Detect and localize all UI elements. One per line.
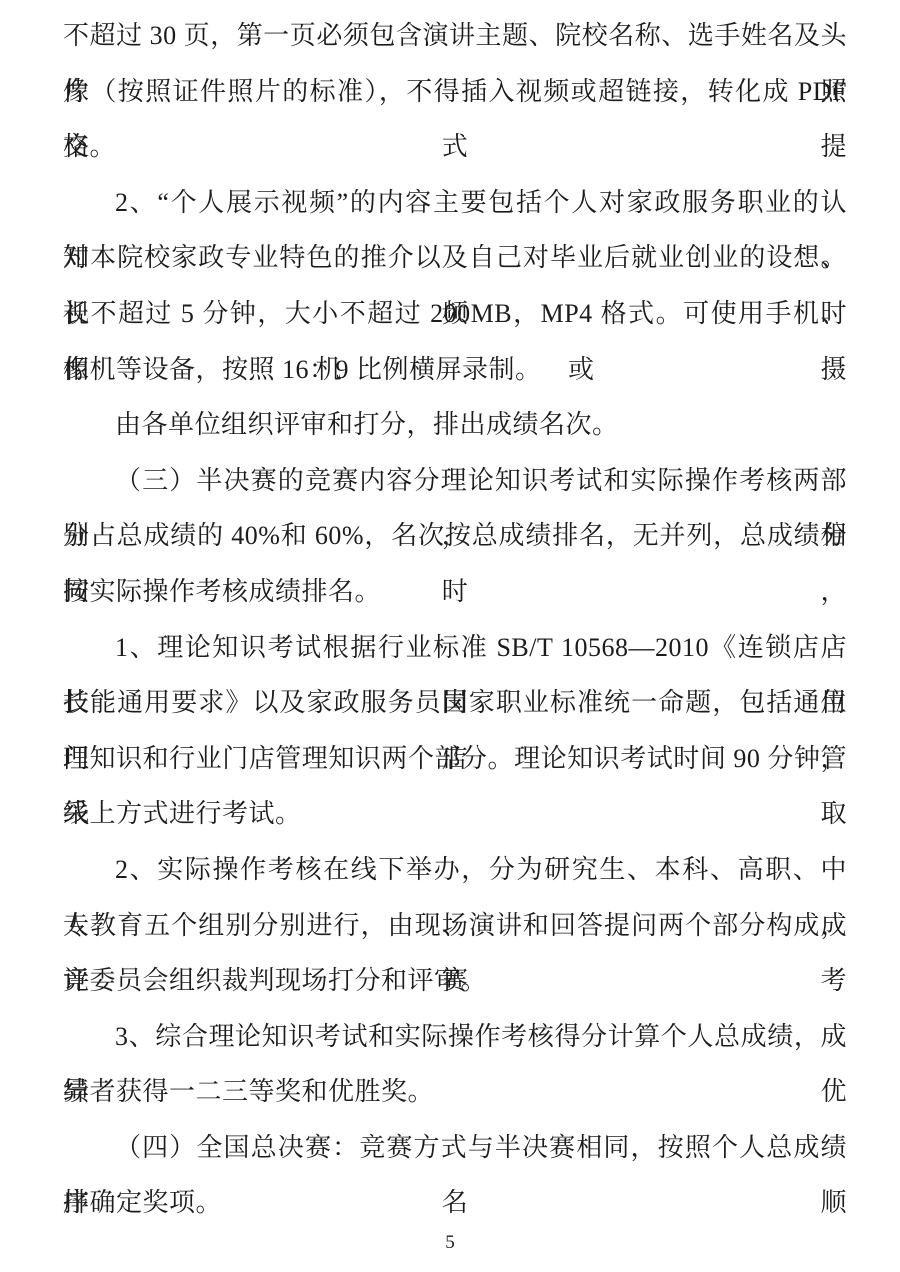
page-number: 5 xyxy=(0,1228,900,1258)
document-line: （四）全国总决赛：竞赛方式与半决赛相同，按照个人总成绩排名顺 xyxy=(63,1120,847,1176)
document-line: 1、理论知识考试根据行业标准 SB/T 10568—2010《连锁店店长岗位 xyxy=(63,620,847,676)
document-line: 3、综合理论知识考试和实际操作考核得分计算个人总成绩，成绩优 xyxy=(63,1009,847,1065)
document-line: 人教育五个组别分别进行，由现场演讲和回答提问两个部分构成，竞赛考 xyxy=(63,898,847,954)
document-line: 理知识和行业门店管理知识两个部分。理论知识考试时间 90 分钟，采取 xyxy=(63,731,847,787)
document-line: 对本院校家政专业特色的推介以及自己对毕业后就业创业的设想。视频时 xyxy=(63,230,847,286)
document-page: 不超过 30 页，第一页必须包含演讲主题、院校名称、选手姓名及头像照片（按照证件… xyxy=(0,0,900,1272)
document-line: 2、“个人展示视频”的内容主要包括个人对家政服务职业的认知、 xyxy=(63,175,847,231)
document-line: 2、实际操作考核在线下举办，分为研究生、本科、高职、中专、成 xyxy=(63,842,847,898)
document-line: 技能通用要求》以及家政服务员国家职业标准统一命题，包括通用门店管 xyxy=(63,675,847,731)
document-line: 片（按照证件照片的标准），不得插入视频或超链接，转化成 PDF 格式提 xyxy=(63,64,847,120)
document-line: 不超过 30 页，第一页必须包含演讲主题、院校名称、选手姓名及头像照 xyxy=(63,8,847,64)
document-line: （三）半决赛的竞赛内容分理论知识考试和实际操作考核两部分，分 xyxy=(63,453,847,509)
document-line: 长不超过 5 分钟，大小不超过 200MB，MP4 格式。可使用手机、相机或摄 xyxy=(63,286,847,342)
document-line: 别占总成绩的 40%和 60%，名次按总成绩排名，无并列，总成绩相同时， xyxy=(63,508,847,564)
document-line: 由各单位组织评审和打分，排出成绩名次。 xyxy=(63,397,847,453)
document-body: 不超过 30 页，第一页必须包含演讲主题、院校名称、选手姓名及头像照片（按照证件… xyxy=(63,8,847,1231)
